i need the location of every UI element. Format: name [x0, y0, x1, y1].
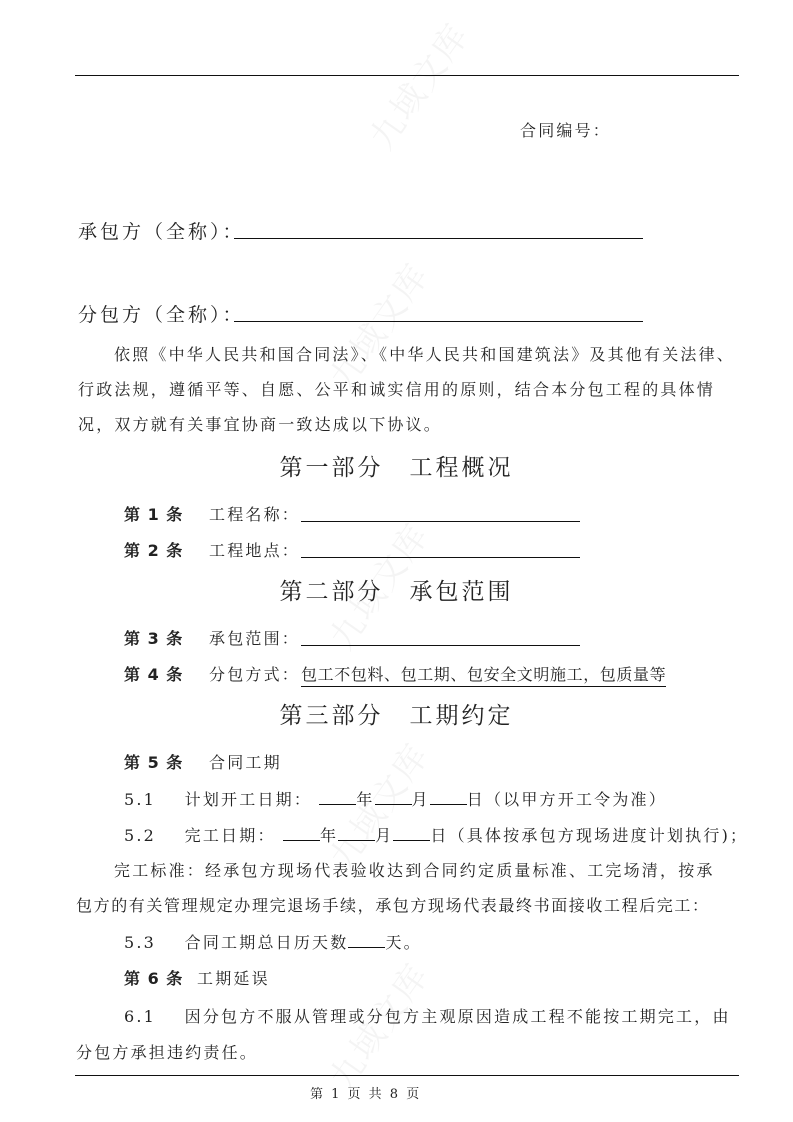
finish-month-field[interactable] — [338, 824, 375, 841]
clause-5-3-label: 合同工期总日历天数 — [185, 933, 349, 952]
header-rule — [75, 75, 739, 76]
finish-year-field[interactable] — [283, 824, 320, 841]
preamble-line-2: 行政法规，遵循平等、自愿、公平和诚实信用的原则，结合本分包工程的具体情 — [78, 377, 715, 400]
clause-5-1: 5.1 计划开工日期： 年月日（以甲方开工令为准） — [124, 787, 667, 810]
footer-rule — [75, 1075, 739, 1076]
days-unit: 天。 — [385, 933, 421, 952]
article-2-number: 第 2 条 — [124, 538, 183, 561]
watermark: 九域文库 — [316, 251, 439, 397]
clause-5-2-note: （具体按承包方现场进度计划执行)； — [449, 826, 749, 845]
article-2-label: 工程地点： — [209, 538, 300, 561]
clause-6-1-line-1: 6.1 因分包方不服从管理或分包方主观原因造成工程不能按工期完工，由 — [124, 1004, 731, 1027]
part3-heading: 第三部分 工期约定 — [0, 697, 793, 730]
part2-heading: 第二部分 承包范围 — [0, 573, 793, 606]
clause-5-1-note: （以甲方开工令为准） — [485, 790, 667, 809]
clause-6-1-line-2: 分包方承担违约责任。 — [76, 1040, 258, 1063]
part1-heading: 第一部分 工程概况 — [0, 449, 793, 482]
article-6-title: 工期延误 — [197, 966, 270, 989]
article-5-title: 合同工期 — [209, 750, 282, 773]
project-name-field[interactable] — [301, 520, 580, 522]
clause-5-2-label: 完工日期： — [185, 826, 276, 845]
start-day-field[interactable] — [430, 788, 467, 805]
finish-day-field[interactable] — [393, 824, 430, 841]
clause-5-3-number: 5.3 — [124, 933, 156, 952]
watermark: 九域文库 — [356, 11, 479, 157]
subcontractor-label: 分包方（全称）： — [78, 300, 245, 327]
contractor-label: 承包方（全称）： — [78, 217, 245, 244]
start-month-field[interactable] — [375, 788, 412, 805]
clause-6-1-text: 因分包方不服从管理或分包方主观原因造成工程不能按工期完工，由 — [185, 1007, 731, 1026]
clause-5-1-number: 5.1 — [124, 790, 156, 809]
subcontract-method-value: 包工不包料、包工期、包安全文明施工，包质量等 — [301, 662, 666, 687]
article-1-number: 第 1 条 — [124, 502, 183, 525]
contract-number-label: 合同编号： — [520, 118, 611, 141]
completion-standard-line-2: 包方的有关管理规定办理完退场手续，承包方现场代表最终书面接收工程后完工： — [76, 893, 710, 916]
completion-standard-line-1: 完工标准：经承包方现场代表验收达到合同约定质量标准、工完场清，按承 — [114, 858, 715, 881]
clause-5-1-label: 计划开工日期： — [185, 790, 312, 809]
month-label: 月 — [375, 826, 393, 845]
contract-scope-field[interactable] — [301, 644, 580, 646]
article-1-label: 工程名称： — [209, 502, 300, 525]
year-label: 年 — [356, 790, 374, 809]
clause-5-2: 5.2 完工日期： 年月日（具体按承包方现场进度计划执行)； — [124, 823, 748, 846]
project-location-field[interactable] — [301, 556, 580, 558]
article-4-number: 第 4 条 — [124, 662, 183, 685]
article-6-number: 第 6 条 — [124, 966, 183, 989]
article-3-label: 承包范围： — [209, 626, 300, 649]
day-label: 日 — [467, 790, 485, 809]
year-label: 年 — [320, 826, 338, 845]
contractor-field[interactable] — [234, 237, 643, 239]
start-year-field[interactable] — [319, 788, 356, 805]
clause-5-3: 5.3 合同工期总日历天数天。 — [124, 930, 422, 953]
clause-5-2-number: 5.2 — [124, 826, 156, 845]
month-label: 月 — [412, 790, 430, 809]
preamble-line-1: 依照《中华人民共和国合同法》、《中华人民共和国建筑法》及其他有关法律、 — [114, 342, 735, 365]
article-4-label: 分包方式： — [209, 662, 300, 685]
article-3-number: 第 3 条 — [124, 626, 183, 649]
day-label: 日 — [430, 826, 448, 845]
total-days-field[interactable] — [348, 931, 385, 948]
subcontractor-field[interactable] — [234, 320, 643, 322]
page-number: 第 1 页 共 8 页 — [310, 1083, 421, 1102]
article-5-number: 第 5 条 — [124, 750, 183, 773]
preamble-line-3: 况，双方就有关事宜协商一致达成以下协议。 — [78, 412, 442, 435]
clause-6-1-number: 6.1 — [124, 1007, 156, 1026]
